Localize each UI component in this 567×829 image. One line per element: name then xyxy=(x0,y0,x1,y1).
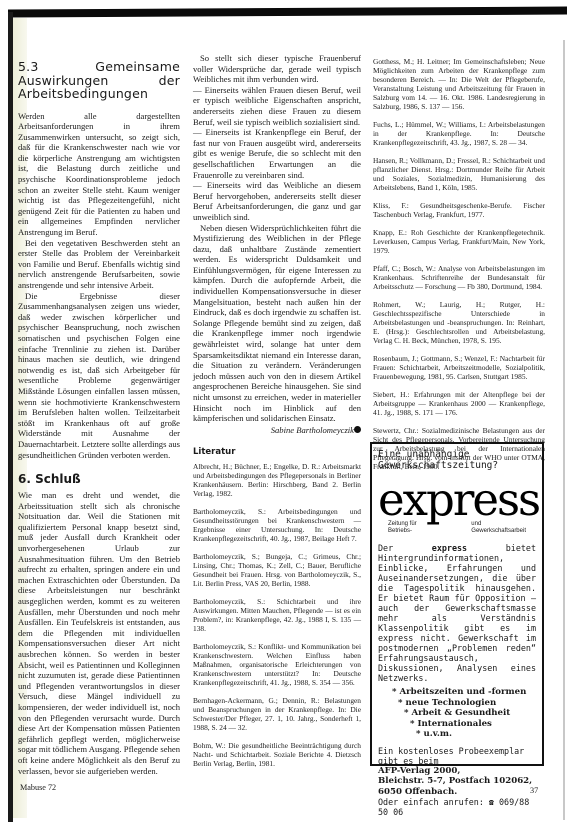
scan-right-border xyxy=(563,40,565,820)
paragraph: Neben diesen Widersprüchlichkeiten führt… xyxy=(193,223,361,424)
reference-item: Fuchs, L.; Hümmel, W.; Williams, I.: Arb… xyxy=(373,120,545,147)
reference-item: Knapp, E.: Roh Geschichte der Krankenpfl… xyxy=(373,228,545,255)
reference-item: Bartholomeyczik, S.: Schichtarbeit und i… xyxy=(193,597,361,633)
paragraph: Wie man es dreht und wendet, die Arbeits… xyxy=(18,490,180,776)
ad-body-text: bietet Hintergrundinformationen, Einblic… xyxy=(378,543,536,683)
logo-subtitle-right: und Gewerkschaftsarbeit xyxy=(471,521,526,535)
page-number: 37 xyxy=(530,786,538,795)
reference-item: Siebert, H.: Erfahrungen mit der Altenpf… xyxy=(373,390,545,417)
paragraph: Die Ergebnisse dieser Zusammenhangsanaly… xyxy=(18,291,180,461)
ad-address-line: 6050 Offenbach. xyxy=(378,787,536,798)
ad-body: Der express bietet Hintergrundinformatio… xyxy=(378,543,536,683)
reference-item: Rosenbaum, J.; Gottmann, S.; Wenzel, F.:… xyxy=(373,354,545,381)
paragraph: — Einerseits wird das Weibliche an diese… xyxy=(193,180,361,222)
ad-topic: * u.v.m. xyxy=(378,729,536,740)
middle-column: So stellt sich dieser typische Frauenber… xyxy=(193,53,361,777)
end-mark-icon xyxy=(354,426,361,433)
express-logo: express xyxy=(378,479,536,521)
reference-item: Bohm, W.: Die gesundheitliche Beeinträch… xyxy=(193,741,361,768)
ad-topic: * Arbeit & Gesundheit xyxy=(378,708,536,719)
ad-topic-list: * Arbeitszeiten und -formen * neue Techn… xyxy=(378,687,536,740)
section-heading-5-3: 5.3 Gemeinsame Auswirkungen der Arbeitsb… xyxy=(18,60,180,101)
literature-heading: Literatur xyxy=(193,447,361,458)
logo-sub-text: Betriebs- xyxy=(388,528,412,534)
reference-item: Bartholomeyczik, S.: Konflikt- und Kommu… xyxy=(193,642,361,687)
ad-address-line: Bleichstr. 5-7, Postfach 102062, xyxy=(378,776,536,787)
reference-item: Gotthess, M.; H. Leitner; Im Gemeinschaf… xyxy=(373,57,545,111)
footer-publication: Mabuse 72 xyxy=(20,783,56,792)
logo-subtitle-left: Zeitung für Betriebs- xyxy=(388,521,417,535)
paragraph: Bei den vegetativen Beschwerden steht an… xyxy=(18,238,180,291)
reference-item: Bernhagen-Ackermann, G.; Dennin, R.: Bel… xyxy=(193,696,361,732)
ad-trial-text: Ein kostenloses Probeexemplar gibt es be… xyxy=(378,746,536,766)
logo-sub-text: und xyxy=(471,521,481,527)
right-column: Gotthess, M.; H. Leitner; Im Gemeinschaf… xyxy=(373,57,545,480)
ad-phone-order: Oder einfach anrufen: ☎ 069/88 50 06 xyxy=(378,797,536,817)
reference-item: Hansen, R.; Vollkmann, D.; Fressel, R.: … xyxy=(373,156,545,192)
paragraph: So stellt sich dieser typische Frauenber… xyxy=(193,53,361,85)
section-heading-6: 6. Schluß xyxy=(18,472,180,486)
paragraph: Werden alle dargestellten Arbeitsanforde… xyxy=(18,111,180,238)
logo-sub-text: Zeitung für xyxy=(388,521,417,527)
paragraph: — Einerseits ist Krankenpflege ein Beruf… xyxy=(193,127,361,180)
scan-top-border xyxy=(8,7,567,18)
reference-item: Rohmert, W.; Laurig, H.; Rutger, H.: Ges… xyxy=(373,300,545,345)
reference-item: Bartholomeyczik, S.: Arbeitsbedingungen … xyxy=(193,507,361,543)
ad-body-prefix: Der xyxy=(378,543,432,553)
paragraph: — Einerseits wählen Frauen diesen Beruf,… xyxy=(193,85,361,127)
logo-sub-text: Gewerkschaftsarbeit xyxy=(471,528,526,534)
express-advertisement: Eine unabhängige Gewerkschaftszeitung? e… xyxy=(370,442,544,766)
ad-topic: * Internationales xyxy=(378,719,536,730)
reference-item: Bartholomeyczik, S.; Bungeja, C.; Grimeu… xyxy=(193,552,361,588)
ad-topic: * neue Technologien xyxy=(378,698,536,709)
ad-address-line: AFP-Verlag 2000, xyxy=(378,766,536,777)
reference-item: Pfaff, C.; Bosch, W.: Analyse von Arbeit… xyxy=(373,264,545,291)
ad-body-brand: express xyxy=(432,543,467,553)
ad-topic: * Arbeitszeiten und -formen xyxy=(378,687,536,698)
reference-item: Albrecht, H.; Büchner, E.; Engelke, D. R… xyxy=(193,462,361,498)
author-signature: Sabine Bartholomeyczik xyxy=(193,425,361,436)
reference-item: Kliss, F.: Gesundheitsgeschenke-Berufe. … xyxy=(373,201,545,219)
ad-headline: Eine unabhängige Gewerkschaftszeitung? xyxy=(378,449,536,471)
left-column: 5.3 Gemeinsame Auswirkungen der Arbeitsb… xyxy=(18,60,180,776)
